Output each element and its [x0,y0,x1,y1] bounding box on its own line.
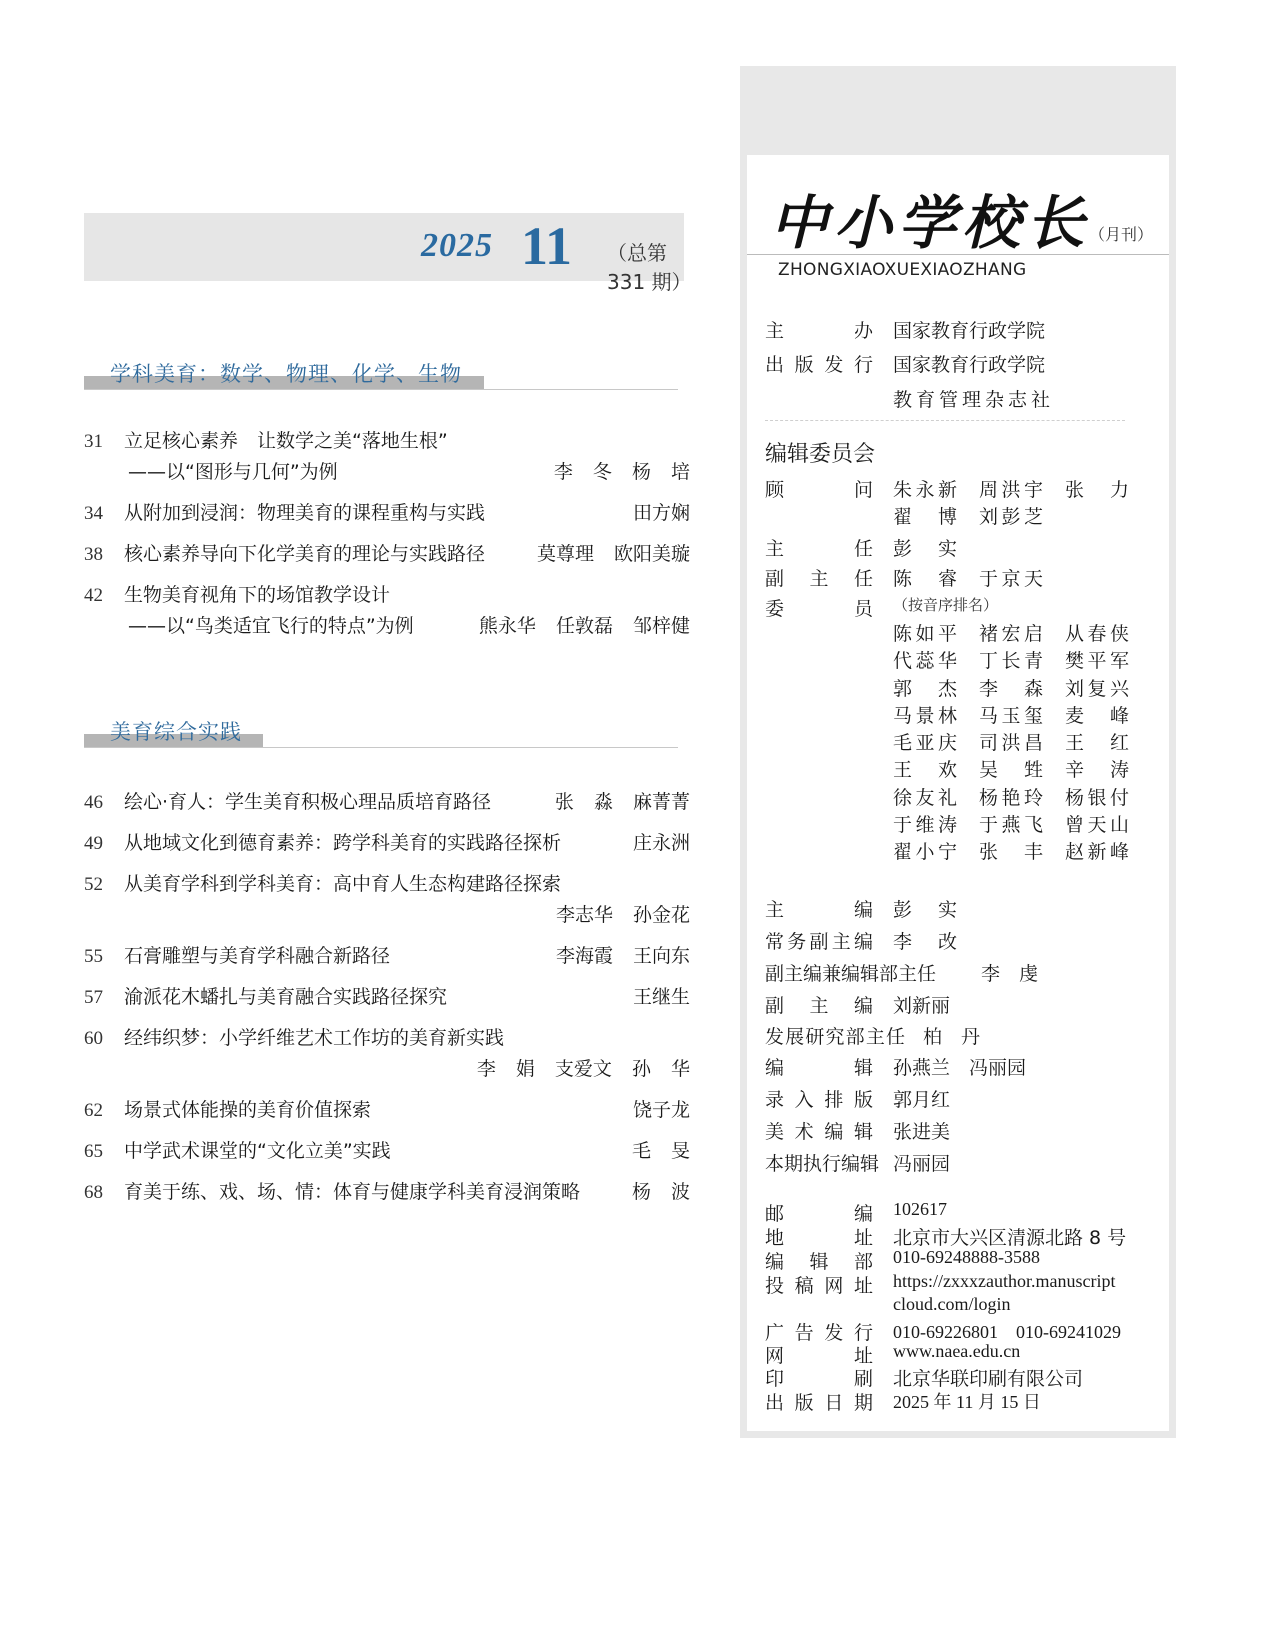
toc-page: 42 [84,580,114,611]
toc-page: 38 [84,539,114,570]
member-row: 郭 杰李 森刘复兴 [893,676,1129,703]
section-rule [84,747,678,748]
toc-title: 育美于练、戏、场、情：体育与健康学科美育浸润策略 [124,1177,580,1208]
toc-entry[interactable]: 55石膏雕塑与美育学科融合新路径李海霞 王向东 [84,941,690,972]
director-value: 彭 实 [893,534,957,561]
toc-title: 核心素养导向下化学美育的理论与实践路径 [124,539,485,570]
toc-entry[interactable]: 46绘心·育人：学生美育积极心理品质培育路径张 淼 麻菁菁 [84,787,690,818]
staff-row-deputy-editor: 副主编 刘新丽 [765,991,873,1018]
member-row: 毛亚庆司洪昌王 红 [893,730,1129,757]
section-header-subject-aesthetics: 学科美育：数学、物理、化学、生物 [84,356,678,390]
toc-title: 中学武术课堂的“文化立美”实践 [124,1136,391,1167]
advisors-values: 朱永新周洪宇张 力 [893,475,1129,502]
contact-pub-date: 出版日期 2025 年 11 月 15 日 [765,1388,873,1415]
issue-total: （总第 331 期） [607,237,684,295]
toc-entry[interactable]: 57渝派花木蟠扎与美育融合实践路径探究王继生 [84,982,690,1013]
toc-authors: 熊永华 任敦磊 邹梓健 [479,611,690,642]
advisors-row: 顾问 朱永新周洪宇张 力 [765,475,873,502]
toc-page: 68 [84,1177,114,1208]
toc-authors: 王继生 [633,982,690,1013]
toc-page: 46 [84,787,114,818]
member-row: 翟小宁张 丰赵新峰 [893,839,1129,866]
staff-row-executive-deputy: 常务副主编 李 改 [765,927,873,954]
toc-title: 绘心·育人：学生美育积极心理品质培育路径 [124,787,491,818]
toc-authors: 李海霞 王向东 [556,941,690,972]
journal-logo: 中小学校长 [770,176,1090,260]
journal-frequency: （月刊） [1089,222,1153,245]
toc-authors: 张 淼 麻菁菁 [555,787,690,818]
toc-subtitle: ——以“图形与几何”为例 [128,457,338,488]
advisors-values-2: 翟 博刘彭芝 [893,502,1043,529]
issue-header-bar: 2025 11 （总第 331 期） [84,213,684,281]
deputy-director-label: 副主任 [765,564,873,591]
toc-page: 31 [84,426,114,457]
members-note: （按音序排名） [893,594,998,615]
toc-authors: 莫尊理 欧阳美璇 [537,539,690,570]
committee-title: 编辑委员会 [765,437,875,468]
member-row: 王 欢吴 甡辛 涛 [893,757,1129,784]
toc-title: 从地域文化到德育素养：跨学科美育的实践路径探析 [124,828,561,859]
toc-title: 立足核心素养 让数学之美“落地生根” [124,426,448,457]
submission-link-cont[interactable]: cloud.com/login [893,1294,1010,1315]
member-row: 马景林马玉玺麦 峰 [893,703,1129,730]
toc-authors: 毛 旻 [632,1136,690,1167]
toc-page: 62 [84,1095,114,1126]
toc-entry[interactable]: 49从地域文化到德育素养：跨学科美育的实践路径探析庄永洲 [84,828,690,859]
toc-title: 场景式体能操的美育价值探索 [124,1095,371,1126]
toc-entry[interactable]: 42生物美育视角下的场馆教学设计 ——以“鸟类适宜飞行的特点”为例熊永华 任敦磊… [84,580,690,642]
toc-entry[interactable]: 68育美于练、戏、场、情：体育与健康学科美育浸润策略杨 波 [84,1177,690,1208]
logo-divider [747,254,1169,255]
toc-page: 60 [84,1023,114,1054]
staff-row-deputy-dept-head: 副主编兼编辑部主任 李 虔 [765,959,936,986]
section-title: 美育综合实践 [110,716,242,746]
issue-year: 2025 [421,227,493,265]
toc-authors: 李 娟 支爱文 孙 华 [477,1054,690,1085]
toc-entry[interactable]: 65中学武术课堂的“文化立美”实践毛 旻 [84,1136,690,1167]
toc-entry[interactable]: 34从附加到浸润：物理美育的课程重构与实践田方娴 [84,498,690,529]
issue-number: 11 [521,215,572,277]
journal-pinyin: ZHONGXIAOXUEXIAOZHANG [778,260,1026,280]
toc-page: 65 [84,1136,114,1167]
submission-link[interactable]: https://zxxxzauthor.manuscript [893,1271,1115,1292]
toc-title: 生物美育视角下的场馆教学设计 [124,580,390,611]
toc-entry[interactable]: 31立足核心素养 让数学之美“落地生根” ——以“图形与几何”为例李 冬 杨 培 [84,426,690,488]
staff-row-issue-editor: 本期执行编辑 冯丽园 [765,1149,873,1176]
toc-entry[interactable]: 62场景式体能操的美育价值探索饶子龙 [84,1095,690,1126]
member-row: 于维涛于燕飞曾天山 [893,812,1129,839]
section-title: 学科美育：数学、物理、化学、生物 [110,358,462,388]
advisors-label: 顾问 [765,475,873,502]
toc-authors: 李志华 孙金花 [556,900,690,931]
member-row: 陈如平褚宏启从春侠 [893,621,1129,648]
director-label: 主任 [765,534,873,561]
dotted-divider [765,420,1125,421]
toc-authors: 李 冬 杨 培 [554,457,690,488]
sponsor-value: 国家教育行政学院 [893,316,1045,343]
contact-printer: 印刷 北京华联印刷有限公司 [765,1364,873,1391]
contact-submission-url-2: cloud.com/login [765,1294,873,1316]
toc-page: 34 [84,498,114,529]
toc-page: 49 [84,828,114,859]
members-row: 委员 （按音序排名） [765,594,873,621]
staff-row-typesetting: 录入排版 郭月红 [765,1085,873,1112]
advisors-row-2: 翟 博刘彭芝 [765,502,873,524]
staff-row-editors: 编辑 孙燕兰 冯丽园 [765,1053,873,1080]
contact-editorial-phone: 编辑部 010-69248888-3588 [765,1247,873,1274]
toc-entry[interactable]: 60经纬织梦：小学纤维艺术工作坊的美育新实践 李 娟 支爱文 孙 华 [84,1023,690,1085]
toc-title: 渝派花木蟠扎与美育融合实践路径探究 [124,982,447,1013]
toc-authors: 田方娴 [633,498,690,529]
toc-page: 55 [84,941,114,972]
deputy-director-row: 副主任 陈 睿于京天 [765,564,873,591]
toc-authors: 庄永洲 [633,828,690,859]
publisher-label: 出版发行 [765,350,873,377]
toc-subtitle: ——以“鸟类适宜飞行的特点”为例 [128,611,414,642]
director-row: 主任 彭 实 [765,534,873,561]
publisher-value-2: 教育管理杂志社 [893,385,1054,412]
toc-authors: 杨 波 [632,1177,690,1208]
members-grid: 陈如平褚宏启从春侠 代蕊华丁长青樊平军 郭 杰李 森刘复兴 马景林马玉玺麦 峰 … [893,621,1129,867]
section-rule [84,389,678,390]
website-link[interactable]: www.naea.edu.cn [893,1341,1020,1362]
members-label: 委员 [765,594,873,621]
toc-title: 经纬织梦：小学纤维艺术工作坊的美育新实践 [124,1023,504,1054]
toc-entry[interactable]: 38核心素养导向下化学美育的理论与实践路径莫尊理 欧阳美璇 [84,539,690,570]
contact-postcode: 邮编 102617 [765,1199,873,1226]
section-header-integrated-practice: 美育综合实践 [84,714,678,748]
toc-entry[interactable]: 52从美育学科到学科美育：高中育人生态构建路径探索 李志华 孙金花 [84,869,690,931]
member-row: 代蕊华丁长青樊平军 [893,648,1129,675]
contact-address: 地址 北京市大兴区清源北路 8 号 [765,1223,873,1250]
publisher-value: 国家教育行政学院 [893,350,1045,377]
toc-title: 从附加到浸润：物理美育的课程重构与实践 [124,498,485,529]
toc-title: 石膏雕塑与美育学科融合新路径 [124,941,390,972]
staff-row-chief-editor: 主编 彭 实 [765,895,873,922]
toc-authors: 饶子龙 [633,1095,690,1126]
sponsor-label: 主办 [765,316,873,343]
staff-row-art-editor: 美术编辑 张进美 [765,1117,873,1144]
publisher-row-2: 教育管理杂志社 [765,385,873,407]
toc-page: 52 [84,869,114,900]
staff-row-research-head: 发展研究部主任 柏 丹 [765,1022,905,1049]
toc-title: 从美育学科到学科美育：高中育人生态构建路径探索 [124,869,561,900]
member-row: 徐友礼杨艳玲杨银付 [893,785,1129,812]
publisher-row: 出版发行 国家教育行政学院 [765,350,873,377]
sponsor-row: 主办 国家教育行政学院 [765,316,873,343]
toc-page: 57 [84,982,114,1013]
